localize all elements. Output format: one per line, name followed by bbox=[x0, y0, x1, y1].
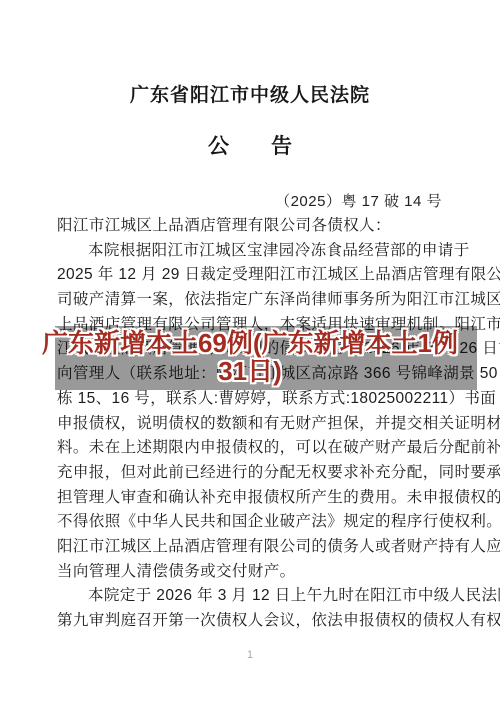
news-headline-line2: 31日) bbox=[0, 357, 500, 385]
body-line: 充申报，但对此前已经进行的分配无权要求补充分配，同时要承 bbox=[57, 461, 477, 486]
body-line: 司破产清算一案，依法指定广东泽尚律师事务所为阳江市江城区 bbox=[57, 288, 477, 313]
body-line: 阳江市江城区上品酒店管理有限公司的债务人或者财产持有人应 bbox=[57, 535, 477, 560]
body-line: 申报债权，说明债权的数额和有无财产担保，并提交相关证明材 bbox=[57, 412, 477, 437]
body-line: 本院根据阳江市江城区宝津园冷冻食品经营部的申请于 bbox=[57, 239, 477, 264]
body-line: 不得依照《中华人民共和国企业破产法》规定的程序行使权利。 bbox=[57, 510, 477, 535]
court-title: 广东省阳江市中级人民法院 bbox=[0, 80, 500, 107]
body-line: 本院定于 2026 年 3 月 12 日上午九时在阳江市中级人民法院 bbox=[57, 584, 477, 609]
document-page: 广东省阳江市中级人民法院 公 告 （2025）粤 17 破 14 号 阳江市江城… bbox=[0, 0, 500, 706]
salutation-line: 阳江市江城区上品酒店管理有限公司各债权人： bbox=[57, 214, 477, 239]
body-line: 担管理人审查和确认补充申报债权所产生的费用。未申报债权的， bbox=[57, 486, 477, 511]
body-line: 2025 年 12 月 29 日裁定受理阳江市江城区上品酒店管理有限公 bbox=[57, 263, 477, 288]
body-line: 当向管理人清偿债务或交付财产。 bbox=[57, 560, 477, 585]
case-number: （2025）粤 17 破 14 号 bbox=[275, 190, 442, 211]
announcement-heading: 公 告 bbox=[0, 130, 500, 160]
news-headline-overlay: 广东新增本土69例(广东新增本土1例 31日) bbox=[0, 329, 500, 385]
page-number: 1 bbox=[0, 649, 500, 661]
announcement-body: 阳江市江城区上品酒店管理有限公司各债权人： 本院根据阳江市江城区宝津园冷冻食品经… bbox=[57, 214, 477, 634]
news-headline-line1: 广东新增本土69例(广东新增本土1例 bbox=[0, 329, 500, 357]
body-line: 料。未在上述期限内申报债权的，可以在破产财产最后分配前补 bbox=[57, 436, 477, 461]
body-line: 第九审判庭召开第一次债权人会议，依法申报债权的债权人有权 bbox=[57, 609, 477, 634]
body-line: 栋 15、16 号，联系人:曹婷婷，联系方式:18025002211）书面 bbox=[57, 387, 477, 412]
